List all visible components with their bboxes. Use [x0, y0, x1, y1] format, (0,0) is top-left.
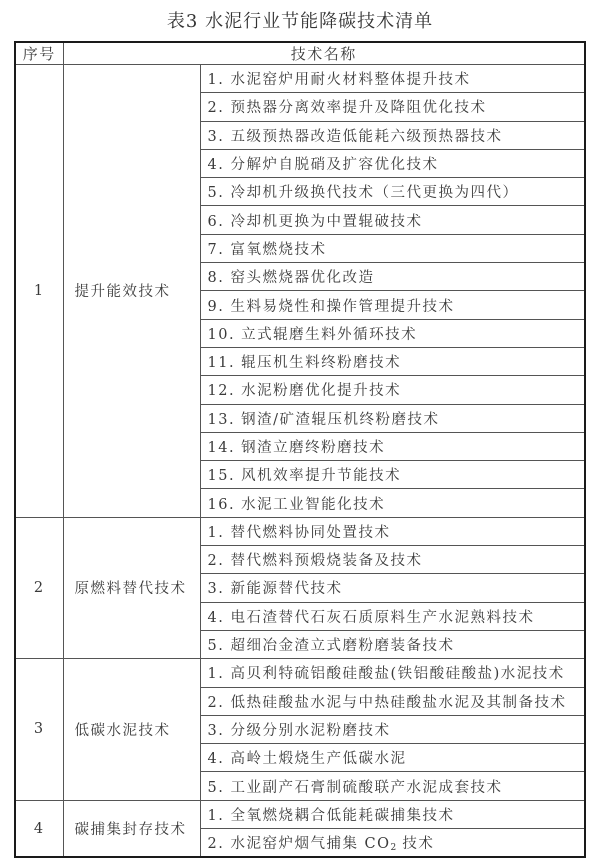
table-row: 1提升能效技术1. 水泥窑炉用耐火材料整体提升技术	[15, 65, 585, 93]
section-seq: 3	[15, 659, 63, 800]
technology-table: 序号 技术名称 1提升能效技术1. 水泥窑炉用耐火材料整体提升技术2. 预热器分…	[14, 41, 586, 858]
technology-item: 16. 水泥工业智能化技术	[200, 489, 585, 517]
section-category: 低碳水泥技术	[63, 659, 200, 800]
technology-item: 3. 五级预热器改造低能耗六级预热器技术	[200, 121, 585, 149]
section-category: 提升能效技术	[63, 65, 200, 518]
technology-item: 6. 冷却机更换为中置辊破技术	[200, 206, 585, 234]
technology-item: 14. 钢渣立磨终粉磨技术	[200, 432, 585, 460]
technology-item: 3. 分级分别水泥粉磨技术	[200, 715, 585, 743]
technology-item: 4. 高岭土煅烧生产低碳水泥	[200, 744, 585, 772]
item-text-suffix: 技术	[396, 836, 434, 852]
table-header-row: 序号 技术名称	[15, 42, 585, 65]
section-seq: 1	[15, 65, 63, 518]
technology-item: 10. 立式辊磨生料外循环技术	[200, 319, 585, 347]
technology-item: 7. 富氧燃烧技术	[200, 234, 585, 262]
technology-item: 1. 全氧燃烧耦合低能耗碳捕集技术	[200, 800, 585, 828]
technology-item: 1. 水泥窑炉用耐火材料整体提升技术	[200, 65, 585, 93]
technology-item: 5. 超细冶金渣立式磨粉磨装备技术	[200, 630, 585, 658]
technology-item: 2. 替代燃料预煅烧装备及技术	[200, 546, 585, 574]
table-row: 3低碳水泥技术1. 高贝利特硫铝酸硅酸盐(铁铝酸硅酸盐)水泥技术	[15, 659, 585, 687]
technology-item: 5. 冷却机升级换代技术（三代更换为四代）	[200, 178, 585, 206]
table-title: 表3 水泥行业节能降碳技术清单	[0, 8, 600, 36]
section-category: 原燃料替代技术	[63, 517, 200, 658]
header-tech-name: 技术名称	[63, 42, 585, 65]
technology-item: 1. 高贝利特硫铝酸硅酸盐(铁铝酸硅酸盐)水泥技术	[200, 659, 585, 687]
technology-item: 2. 低热硅酸盐水泥与中热硅酸盐水泥及其制备技术	[200, 687, 585, 715]
technology-item: 9. 生料易烧性和操作管理提升技术	[200, 291, 585, 319]
technology-item: 2. 预热器分离效率提升及降阻优化技术	[200, 93, 585, 121]
header-seq: 序号	[15, 42, 63, 65]
table-row: 4碳捕集封存技术1. 全氧燃烧耦合低能耗碳捕集技术	[15, 800, 585, 828]
technology-item: 4. 电石渣替代石灰石质原料生产水泥熟料技术	[200, 602, 585, 630]
technology-item: 1. 替代燃料协同处置技术	[200, 517, 585, 545]
technology-item: 3. 新能源替代技术	[200, 574, 585, 602]
technology-item: 13. 钢渣/矿渣辊压机终粉磨技术	[200, 404, 585, 432]
item-text-prefix: 2. 水泥窑炉烟气捕集 CO	[208, 836, 391, 852]
technology-item: 4. 分解炉自脱硝及扩容优化技术	[200, 149, 585, 177]
technology-item: 15. 风机效率提升节能技术	[200, 461, 585, 489]
technology-item: 12. 水泥粉磨优化提升技术	[200, 376, 585, 404]
table-row: 2原燃料替代技术1. 替代燃料协同处置技术	[15, 517, 585, 545]
section-seq: 4	[15, 800, 63, 857]
section-category: 碳捕集封存技术	[63, 800, 200, 857]
technology-item: 2. 水泥窑炉烟气捕集 CO2 技术	[200, 829, 585, 858]
section-seq: 2	[15, 517, 63, 658]
technology-item: 5. 工业副产石膏制硫酸联产水泥成套技术	[200, 772, 585, 800]
technology-item: 8. 窑头燃烧器优化改造	[200, 263, 585, 291]
technology-item: 11. 辊压机生料终粉磨技术	[200, 347, 585, 375]
